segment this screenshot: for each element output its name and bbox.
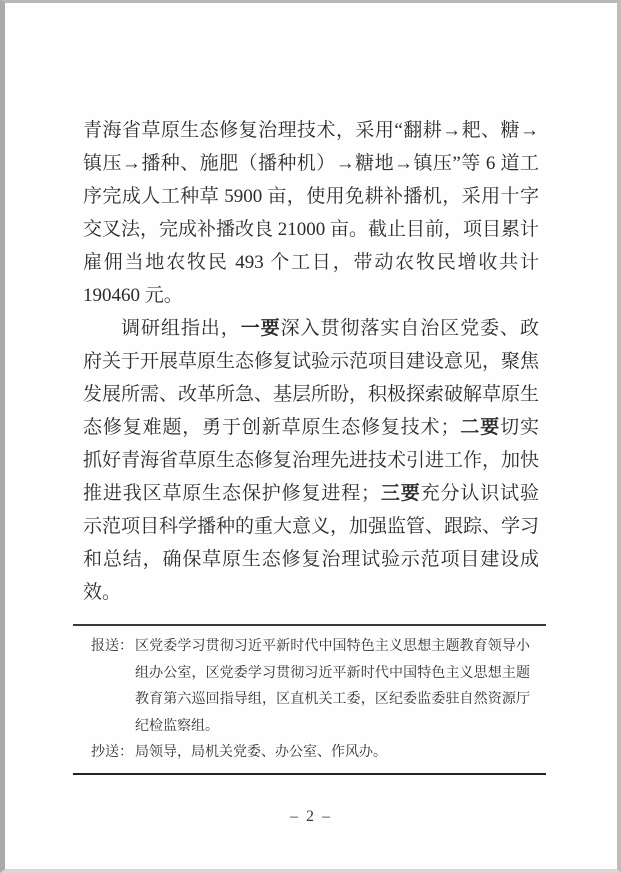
- report-to-content: 区党委学习贯彻习近平新时代中国特色主义思想主题教育领导小组办公室，区党委学习贯彻…: [135, 634, 546, 740]
- paragraph-continuation: 青海省草原生态修复治理技术，采用“翻耕→耙、糖→镇压→播种、施肥（播种机）→糖地…: [83, 114, 539, 312]
- report-to-row: 报送： 区党委学习贯彻习近平新时代中国特色主义思想主题教育领导小组办公室，区党委…: [73, 634, 546, 740]
- bold-marker-third: 三要: [380, 483, 421, 504]
- report-to-label: 报送：: [91, 634, 135, 661]
- bold-marker-second: 二要: [460, 417, 501, 438]
- copy-to-label: 抄送：: [91, 740, 135, 767]
- copy-to-row: 抄送： 局领导，局机关党委、办公室、作风办。: [73, 740, 546, 767]
- distribution-block: 报送： 区党委学习贯彻习近平新时代中国特色主义思想主题教育领导小组办公室，区党委…: [73, 624, 546, 775]
- page-number: – 2 –: [5, 808, 617, 826]
- text-run: 调研组指出，: [121, 318, 241, 339]
- paragraph-findings: 调研组指出，一要深入贯彻落实自治区党委、政府关于开展草原生态修复试验示范项目建设…: [83, 312, 539, 609]
- bold-marker-first: 一要: [241, 318, 281, 339]
- copy-to-content: 局领导，局机关党委、办公室、作风办。: [135, 740, 546, 767]
- document-page: 青海省草原生态修复治理技术，采用“翻耕→耙、糖→镇压→播种、施肥（播种机）→糖地…: [0, 0, 621, 873]
- body-text: 青海省草原生态修复治理技术，采用“翻耕→耙、糖→镇压→播种、施肥（播种机）→糖地…: [83, 114, 539, 609]
